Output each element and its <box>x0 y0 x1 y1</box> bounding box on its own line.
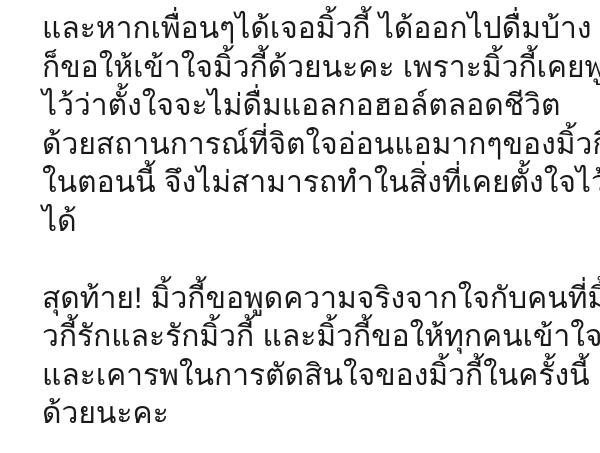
text-line: ไว้ว่าตั้งใจจะไม่ดื่มแอลกอฮอล์ตลอดชีวิต <box>42 87 586 126</box>
text-line: สุดท้าย! มิ้วกี้ขอพูดความจริงจากใจกับคนท… <box>42 280 586 319</box>
text-line: ก็ขอให้เข้าใจมิ้วกี้ด้วยนะคะ เพราะมิ้วกี… <box>42 49 586 88</box>
text-line: และหากเพื่อนๆได้เจอมิ้วกี้ ได้ออกไปดื่มบ… <box>42 10 586 49</box>
text-line: และเคารพในการตัดสินใจของมิ้วกี้ในครั้งนี… <box>42 357 586 396</box>
paragraph-2: สุดท้าย! มิ้วกี้ขอพูดความจริงจากใจกับคนท… <box>42 280 586 434</box>
text-page: และหากเพื่อนๆได้เจอมิ้วกี้ ได้ออกไปดื่มบ… <box>0 0 600 453</box>
text-line: ในตอนนี้ จึงไม่สามารถทำในสิ่งที่เคยตั้งใ… <box>42 164 586 203</box>
paragraph-1: และหากเพื่อนๆได้เจอมิ้วกี้ ได้ออกไปดื่มบ… <box>42 10 586 241</box>
text-line: ด้วยสถานการณ์ที่จิตใจอ่อนแอมากๆของมิ้วกี… <box>42 126 586 165</box>
text-line: ด้วยนะคะ <box>42 395 586 434</box>
text-line: ได้ <box>42 203 586 242</box>
text-line: วกี้รักและรักมิ้วกี้ และมิ้วกี้ขอให้ทุกค… <box>42 318 586 357</box>
